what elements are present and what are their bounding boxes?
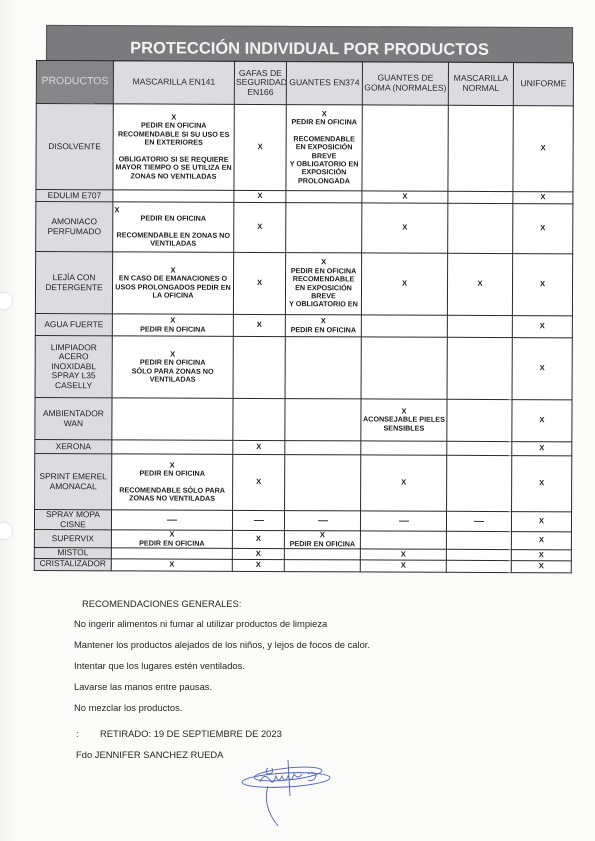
- product-name: AMONIACO PERFUMADO: [36, 202, 113, 252]
- cell-uniforme: X: [512, 316, 572, 338]
- recommendation-item: No mezclar los productos.: [74, 702, 494, 713]
- product-name: XERONA: [35, 439, 112, 453]
- cell-mascarilla-normal: [447, 455, 512, 511]
- required-mark: X: [362, 550, 445, 559]
- cell-note: PEDIR EN OFICINA: [287, 326, 360, 335]
- cell-gafas: X: [232, 549, 284, 560]
- column-header-productos: PRODUCTOS: [36, 61, 113, 104]
- general-recommendations: RECOMENDACIONES GENERALES: No ingerir al…: [74, 598, 494, 723]
- cell-guantes-en374: [285, 441, 361, 455]
- cell-note: EN CASO DE EMANACIONES O USOS PROLONGADO…: [114, 274, 232, 300]
- cell-uniforme: X: [511, 532, 571, 550]
- cell-mascarilla-normal: [447, 315, 512, 337]
- cell-guantes-goma: [361, 337, 447, 399]
- required-mark: X: [513, 537, 570, 546]
- required-mark: X: [363, 193, 446, 202]
- table-row: SPRINT EMEREL AMONACALXPEDIR EN OFICINAR…: [35, 453, 572, 511]
- recommendation-item: Lavarse las manos entre pausas.: [74, 681, 494, 692]
- table-row: DISOLVENTEXPEDIR EN OFICINARECOMENDABLE …: [36, 104, 573, 192]
- cell-mascarilla-normal: [448, 105, 513, 191]
- table-header-row: PRODUCTOS MASCARILLA EN141 GAFAS DE SEGU…: [36, 61, 573, 106]
- cell-mascarilla-en141: XPEDIR EN OFICINASÓLO PARA ZONAS NO VENT…: [112, 336, 233, 399]
- cell-mascarilla-en141: X: [111, 559, 232, 572]
- not-applicable-dash: [398, 521, 408, 522]
- cell-guantes-en374: XPEDIR EN OFICINARECOMENDABLE EN EXPOSIC…: [286, 105, 362, 191]
- cell-note: Y OBLIGATORIO EN: [287, 300, 360, 309]
- cell-guantes-en374: [286, 191, 362, 203]
- required-mark: X: [513, 551, 570, 560]
- cell-guantes-en374: XPEDIR EN OFICINA: [284, 531, 360, 549]
- cell-gafas: X: [234, 104, 286, 190]
- cell-gafas: X: [233, 440, 285, 454]
- required-mark: X: [513, 479, 570, 488]
- required-mark: X: [234, 550, 283, 559]
- required-mark: X: [234, 443, 283, 452]
- required-mark: X: [514, 322, 571, 331]
- cell-guantes-goma: [360, 511, 446, 532]
- cell-mascarilla-normal: [447, 441, 512, 455]
- product-name: AGUA FUERTE: [35, 313, 112, 335]
- cell-note: RECOMENDABLE EN ZONAS NO VENTILADAS: [114, 231, 232, 248]
- table-row: LEJÍA CON DETERGENTEXEN CASO DE EMANACIO…: [35, 252, 572, 316]
- not-applicable-dash: [167, 520, 177, 521]
- cell-guantes-goma: X: [361, 455, 447, 511]
- cell-mascarilla-en141: [111, 548, 232, 559]
- handwritten-signature: [238, 756, 338, 828]
- required-mark: X: [362, 562, 445, 571]
- required-mark: X: [234, 535, 283, 544]
- cell-mascarilla-en141: XPEDIR EN OFICINA: [111, 530, 232, 549]
- table-row: SPRAY MOPA CISNEX: [34, 509, 571, 532]
- cell-guantes-goma: [360, 531, 446, 549]
- document-title: PROTECCIÓN INDIVIDUAL POR PRODUCTOS: [46, 25, 573, 63]
- cell-gafas: X: [233, 252, 285, 314]
- cell-guantes-en374: [286, 203, 362, 253]
- required-mark: X: [234, 561, 283, 570]
- required-mark: X: [513, 562, 570, 571]
- required-mark: X: [514, 224, 571, 233]
- cell-guantes-en374: [284, 559, 360, 571]
- cell-guantes-goma: XACONSEJABLE PIELES SENSIBLES: [361, 399, 447, 441]
- table-row: AMONIACO PERFUMADOXPEDIR EN OFICINARECOM…: [36, 202, 573, 254]
- required-mark: X: [513, 416, 570, 425]
- cell-note: PEDIR EN OFICINA: [113, 539, 231, 548]
- signer-name: Fdo JENNIFER SANCHEZ RUEDA: [76, 749, 223, 760]
- cell-uniforme: X: [512, 456, 572, 512]
- cell-note: SÓLO PARA ZONAS NO VENTILADAS: [114, 367, 232, 384]
- cell-gafas: X: [233, 314, 285, 336]
- recommendation-item: Intentar que los lugares estén ventilado…: [74, 660, 494, 671]
- retirado-line: :RETIRADO: 19 DE SEPTIEMBRE DE 2023: [76, 728, 282, 739]
- cell-guantes-en374: [285, 455, 361, 511]
- cell-guantes-goma: [361, 315, 447, 337]
- required-mark: X: [235, 192, 284, 201]
- cell-uniforme: X: [512, 442, 572, 456]
- cell-note: PEDIR EN OFICINA: [114, 325, 232, 334]
- table-row: LIMPIADOR ACERO INOXIDABL SPRAY L35 CASE…: [35, 335, 572, 399]
- recommendations-heading: RECOMENDACIONES GENERALES:: [82, 598, 494, 609]
- table-row: AMBIENTADOR WANXACONSEJABLE PIELES SENSI…: [35, 397, 572, 441]
- cell-gafas: [233, 336, 285, 398]
- required-mark: X: [235, 223, 284, 232]
- column-header-guantes-goma: GUANTES DE GOMA (NORMALES): [362, 62, 448, 105]
- cell-note: OBLIGATORIO SI SE REQUIERE MAYOR TIEMPO …: [114, 155, 232, 181]
- required-mark: X: [363, 224, 446, 233]
- cell-uniforme: X: [511, 512, 571, 532]
- cell-note: PEDIR EN OFICINA: [286, 540, 359, 549]
- product-name: LEJÍA CON DETERGENTE: [35, 252, 112, 314]
- cell-gafas: X: [234, 202, 286, 252]
- cell-mascarilla-en141: [111, 510, 232, 531]
- cell-mascarilla-en141: XEN CASO DE EMANACIONES O USOS PROLONGAD…: [112, 252, 233, 315]
- cell-mascarilla-en141: XPEDIR EN OFICINARECOMENDABLE SI SU USO …: [113, 104, 234, 191]
- table-row: CRISTALIZADORXXXX: [34, 558, 571, 572]
- table-row: SUPERVIXXPEDIR EN OFICINAXXPEDIR EN OFIC…: [34, 530, 571, 550]
- recommendation-item: No ingerir alimentos ni fumar al utiliza…: [74, 618, 494, 629]
- cell-mascarilla-en141: [113, 190, 234, 203]
- cell-guantes-en374: XPEDIR EN OFICINARECOMENDABLE EN EXPOSIC…: [285, 253, 361, 315]
- cell-uniforme: X: [513, 204, 573, 254]
- not-applicable-dash: [317, 520, 327, 521]
- required-mark: X: [235, 321, 284, 330]
- recommendation-item: Mantener los productos alejados de los n…: [74, 639, 494, 650]
- cell-mascarilla-normal: [448, 191, 513, 203]
- not-applicable-dash: [474, 521, 484, 522]
- cell-note: Y OBLIGATORIO EN EXPOSICIÓN PROLONGADA: [287, 160, 360, 186]
- required-mark: X: [236, 143, 285, 152]
- page-edge: [0, 0, 18, 841]
- cell-mascarilla-en141: XPEDIR EN OFICINARECOMENDABLE EN ZONAS N…: [113, 202, 234, 253]
- cell-note: RECOMENDABLE EN EXPOSICIÓN BREVE: [287, 275, 360, 301]
- required-mark: X: [513, 517, 570, 526]
- cell-gafas: X: [232, 559, 284, 571]
- cell-mascarilla-normal: [448, 203, 513, 253]
- cell-guantes-en374: [284, 549, 360, 560]
- cell-uniforme: X: [513, 106, 573, 192]
- required-mark: X: [514, 280, 571, 289]
- cell-mascarilla-en141: XPEDIR EN OFICINARECOMENDABLE SÓLO PARA …: [112, 454, 233, 511]
- cell-guantes-goma: [361, 441, 447, 455]
- cell-uniforme: X: [513, 192, 573, 204]
- cell-gafas: X: [234, 190, 286, 202]
- required-mark: X: [515, 144, 572, 153]
- cell-note: RECOMENDABLE SI SU USO ES EN EXTERIORES: [115, 130, 233, 147]
- ppe-table: PRODUCTOS MASCARILLA EN141 GAFAS DE SEGU…: [34, 60, 574, 573]
- cell-guantes-goma: X: [361, 253, 447, 315]
- cell-gafas: [233, 398, 285, 440]
- retirado-date: RETIRADO: 19 DE SEPTIEMBRE DE 2023: [100, 728, 282, 739]
- required-mark: X: [514, 364, 571, 373]
- product-name: EDULIM E707: [36, 190, 113, 202]
- product-name: MISTOL: [34, 548, 111, 559]
- cell-gafas: [232, 510, 284, 530]
- column-header-guantes-en374: GUANTES EN374: [286, 62, 362, 105]
- product-name: SPRINT EMEREL AMONACAL: [35, 453, 112, 509]
- required-mark: X: [234, 478, 283, 487]
- cell-uniforme: X: [512, 338, 572, 400]
- cell-mascarilla-en141: [112, 398, 233, 441]
- table-row: AGUA FUERTEXPEDIR EN OFICINAXXPEDIR EN O…: [35, 313, 572, 337]
- cell-guantes-en374: [285, 337, 361, 399]
- column-header-mascarilla-en141: MASCARILLA EN141: [113, 61, 234, 105]
- cell-mascarilla-normal: [447, 337, 512, 399]
- cell-note: RECOMENDABLE EN EXPOSICIÓN BREVE: [288, 135, 361, 161]
- cell-mascarilla-normal: X: [447, 253, 512, 315]
- cell-note: PEDIR EN OFICINA: [288, 118, 361, 127]
- cell-gafas: X: [233, 454, 285, 510]
- required-mark: X: [449, 280, 511, 289]
- cell-mascarilla-normal: [446, 560, 511, 572]
- product-name: LIMPIADOR ACERO INOXIDABL SPRAY L35 CASE…: [35, 335, 112, 397]
- cell-mascarilla-normal: [446, 549, 511, 560]
- cell-mascarilla-normal: [447, 399, 512, 441]
- cell-guantes-goma: X: [362, 191, 448, 203]
- cell-note: RECOMENDABLE SÓLO PARA ZONAS NO VENTILAD…: [113, 486, 231, 503]
- cell-mascarilla-normal: [446, 531, 511, 549]
- required-mark: X: [113, 560, 231, 569]
- cell-uniforme: X: [511, 550, 571, 561]
- cell-mascarilla-normal: [446, 511, 511, 531]
- table-body: DISOLVENTEXPEDIR EN OFICINARECOMENDABLE …: [34, 104, 573, 573]
- product-name: SPRAY MOPA CISNE: [34, 509, 111, 530]
- not-applicable-dash: [253, 520, 263, 521]
- cell-guantes-en374: [284, 511, 360, 532]
- cell-uniforme: X: [512, 254, 572, 316]
- cell-mascarilla-en141: XPEDIR EN OFICINA: [112, 314, 233, 337]
- cell-gafas: X: [232, 531, 284, 549]
- required-mark: X: [513, 444, 570, 453]
- cell-guantes-goma: X: [360, 549, 446, 560]
- cell-guantes-en374: [285, 399, 361, 441]
- cell-uniforme: X: [511, 560, 571, 572]
- product-name: CRISTALIZADOR: [34, 558, 111, 570]
- cell-guantes-en374: XPEDIR EN OFICINA: [285, 315, 361, 337]
- column-header-gafas: GAFAS DE SEGURIDAD EN166: [234, 61, 286, 104]
- cell-guantes-goma: X: [362, 203, 448, 253]
- required-mark: X: [514, 193, 571, 202]
- cell-guantes-goma: X: [360, 560, 446, 572]
- column-header-mascarilla-normal: MASCARILLA NORMAL: [448, 62, 513, 105]
- required-mark: X: [362, 479, 445, 488]
- column-header-uniforme: UNIFORME: [513, 63, 573, 106]
- cell-guantes-goma: [362, 105, 448, 191]
- required-mark: X: [235, 279, 284, 288]
- cell-mascarilla-en141: [112, 440, 233, 455]
- product-name: DISOLVENTE: [36, 104, 113, 190]
- retirado-prefix: :: [76, 728, 100, 739]
- required-mark: X: [363, 280, 446, 289]
- cell-uniforme: X: [512, 400, 572, 442]
- cell-note: ACONSEJABLE PIELES SENSIBLES: [362, 416, 445, 433]
- product-name: AMBIENTADOR WAN: [35, 397, 112, 439]
- product-name: SUPERVIX: [34, 530, 111, 548]
